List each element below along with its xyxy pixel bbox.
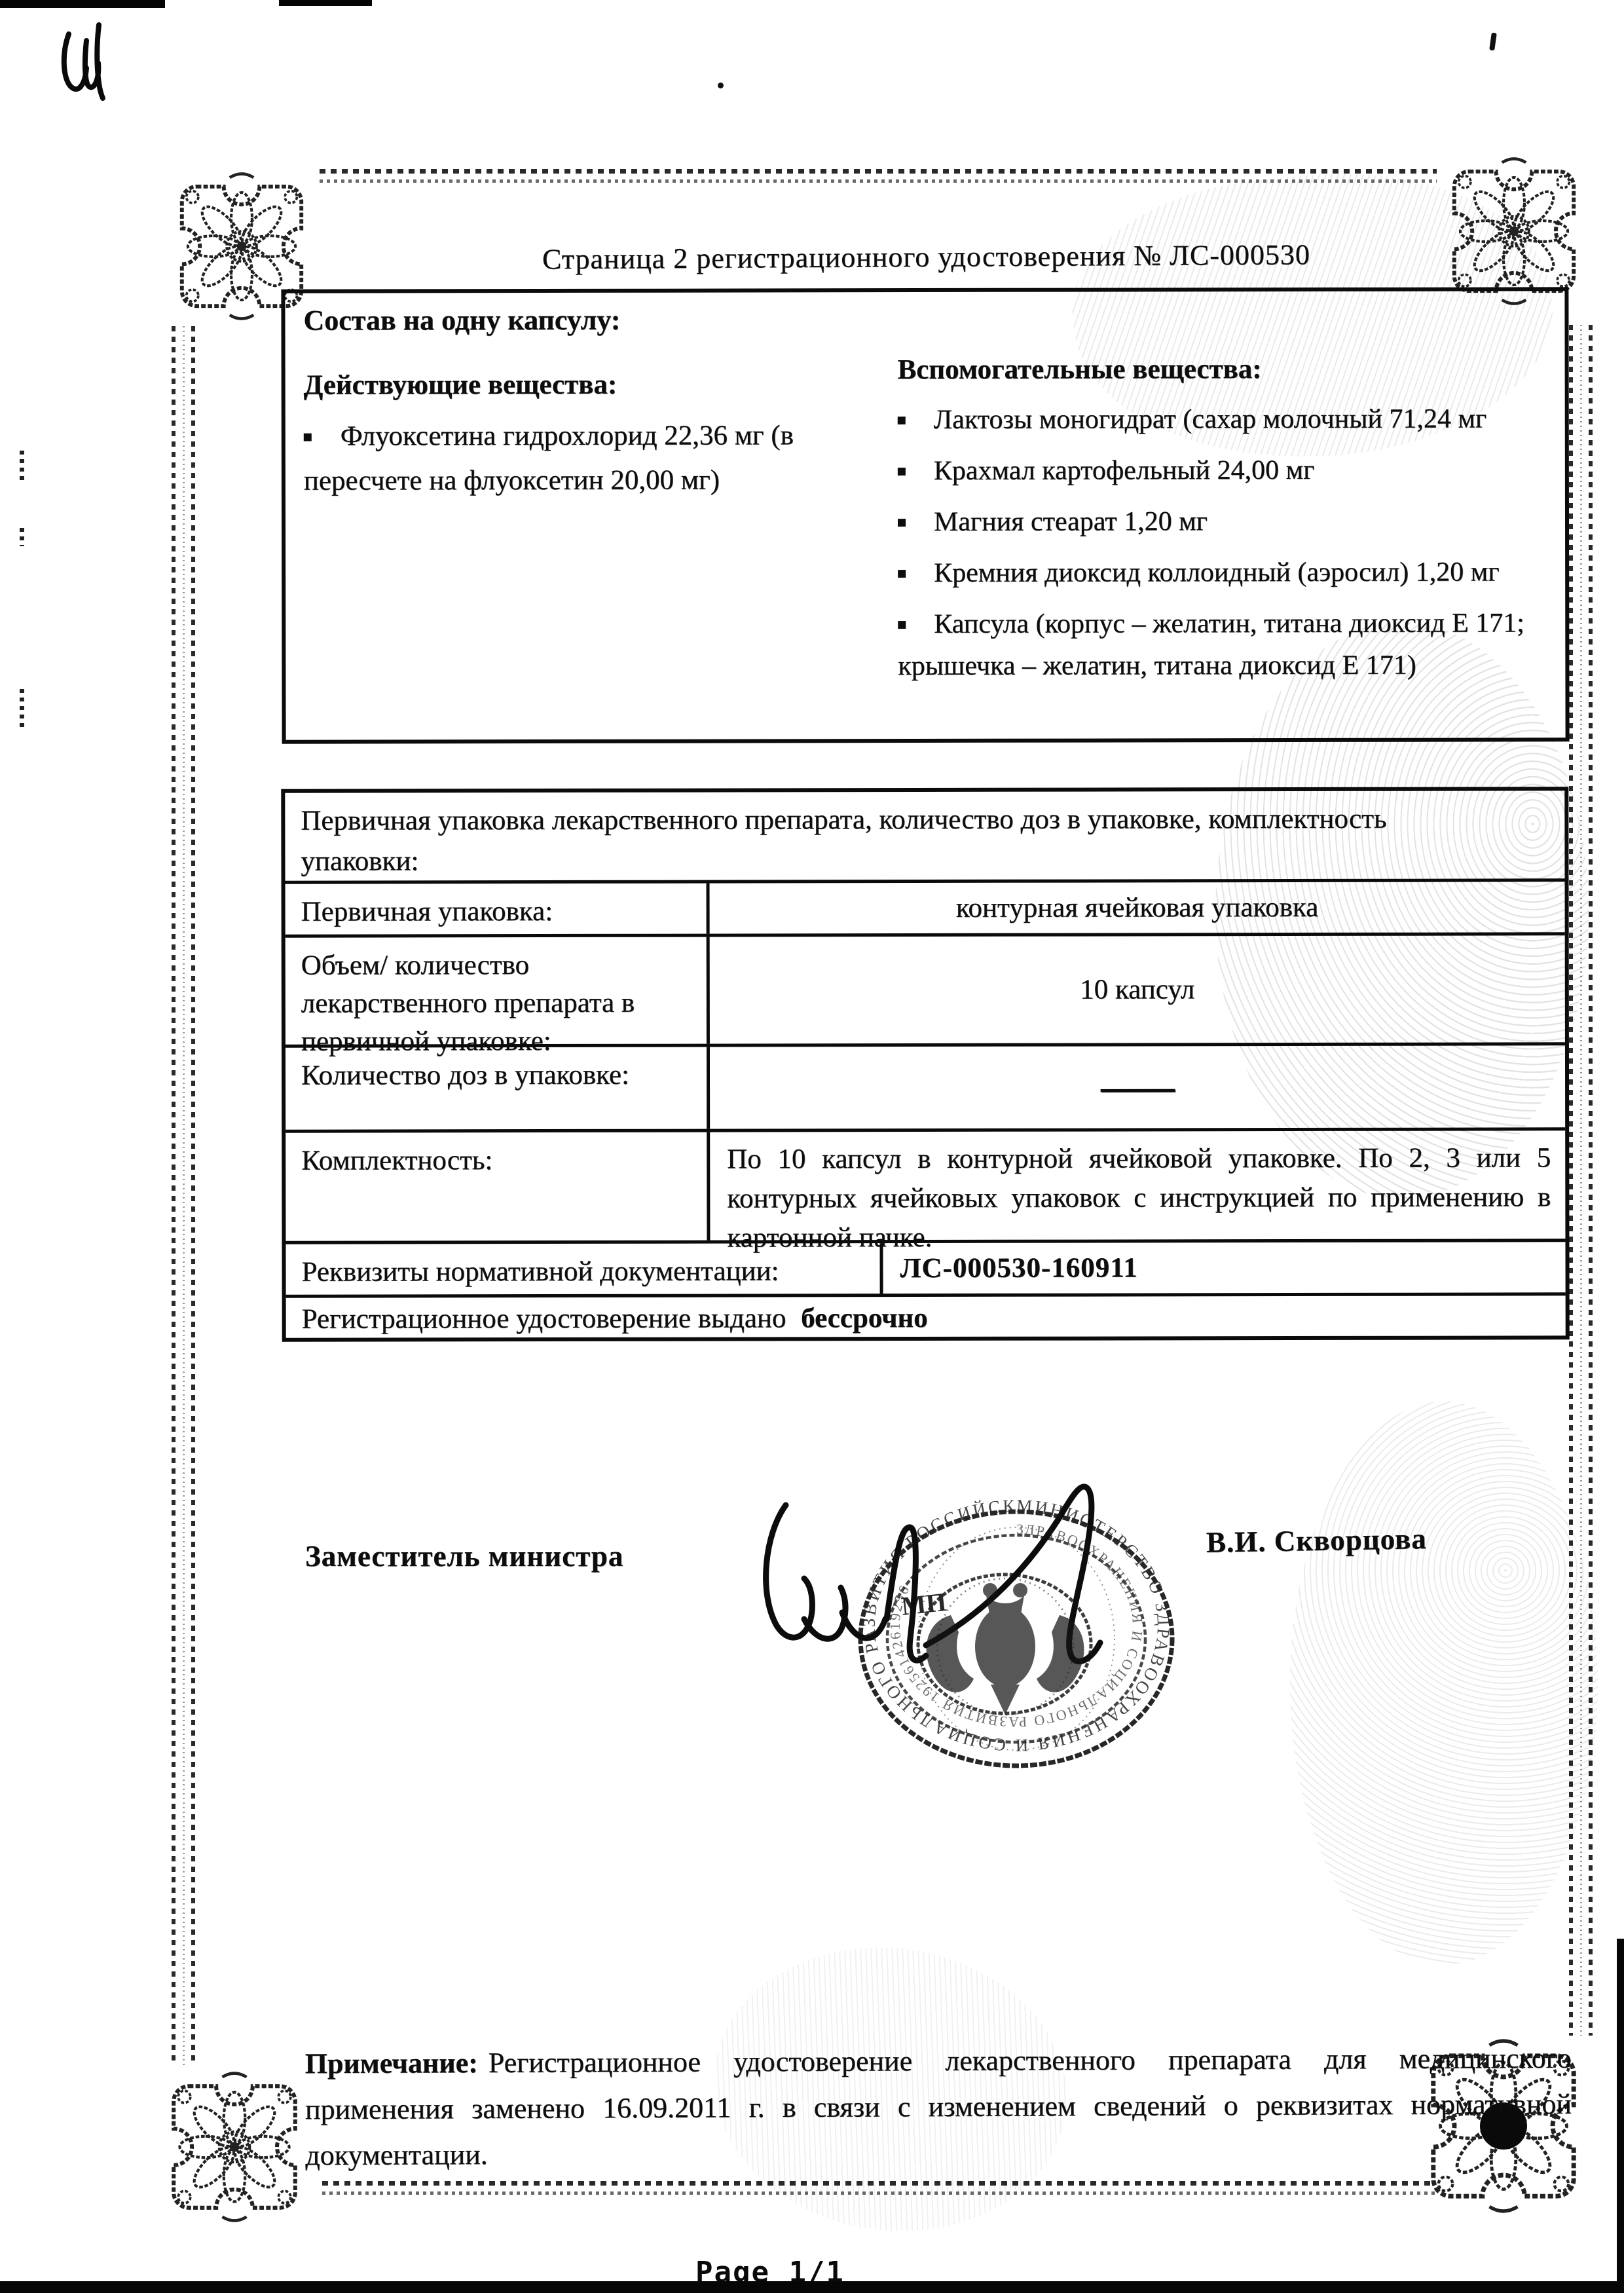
row-label: Реквизиты нормативной документации: [286, 1243, 883, 1295]
table-row-volume: Объем/ количество лекарственного препара… [286, 932, 1565, 1044]
row-label: Первичная упаковка: [286, 884, 710, 935]
handwritten-mark [56, 13, 144, 105]
note-paragraph: Примечание:Регистрационное удостоверение… [305, 2036, 1572, 2178]
composition-table: Состав на одну капсулу: Действующие веще… [281, 287, 1569, 743]
validity-term: бессрочно [801, 1303, 928, 1333]
excipient-item: Капсула (корпус – желатин, титана диокси… [898, 602, 1559, 687]
scan-speckle [20, 528, 24, 546]
row-label: Количество доз в упаковке: [286, 1047, 710, 1130]
scanned-certificate-page: Страница 2 регистрационного удостоверени… [0, 0, 1624, 2293]
dash-value: — [1101, 1063, 1174, 1111]
table-row-doses: Количество доз в упаковке: — [286, 1042, 1565, 1129]
row-label: Комплектность: [286, 1132, 710, 1241]
table-row-completeness: Комплектность: По 10 капсул в контурной … [286, 1127, 1565, 1240]
row-value: 10 капсул [710, 935, 1565, 1043]
validity-statement: Регистрационное удостоверение выдано бес… [286, 1296, 1566, 1337]
note-label: Примечание: [305, 2047, 478, 2079]
excipient-item: Магния стеарат 1,20 мг [898, 500, 1559, 543]
page-title: Страница 2 регистрационного удостоверени… [542, 237, 1479, 276]
official-seal: МИНИСТЕРСТВО ЗДРАВООХРАНЕНИЯ И СОЦИАЛЬНО… [851, 1487, 1185, 1795]
frame-border-left [172, 326, 195, 2066]
row-value: — [710, 1045, 1565, 1128]
frame-border-right [1569, 325, 1593, 2036]
corner-rosette-icon [158, 2064, 310, 2229]
excipients-column: Вспомогательные вещества: Лактозы моноги… [898, 352, 1560, 696]
scan-edge-artifact [279, 0, 372, 6]
note-text: Регистрационное удостоверение лекарствен… [305, 2042, 1572, 2171]
frame-border-top [320, 168, 1437, 187]
frame-border-bottom [322, 2180, 1435, 2195]
table-row-validity: Регистрационное удостоверение выдано бес… [286, 1292, 1566, 1337]
scan-speckle [20, 451, 24, 485]
scan-noise-patch [1290, 1402, 1598, 1965]
requisites-number: ЛС-000530-160911 [883, 1242, 1565, 1294]
scan-edge-artifact [0, 2281, 1624, 2293]
scan-speckle [20, 689, 24, 731]
active-substances-heading: Действующие вещества: [304, 368, 880, 401]
table-row-primary-packaging: Первичная упаковка: контурная ячейковая … [286, 878, 1565, 934]
active-substance-item: Флуоксетина гидрохлорид 22,36 мг (в пере… [304, 413, 880, 504]
row-value: контурная ячейковая упаковка [710, 882, 1565, 933]
excipients-heading: Вспомогательные вещества: [898, 352, 1559, 386]
excipient-item: Кремния диоксид коллоидный (аэросил) 1,2… [898, 551, 1559, 594]
validity-prefix: Регистрационное удостоверение выдано [302, 1303, 786, 1334]
seal-mp-mark: МП [900, 1587, 948, 1621]
packaging-heading: Первичная упаковка лекарственного препар… [285, 791, 1564, 880]
signatory-position: Заместитель министра [305, 1539, 623, 1573]
row-value: По 10 капсул в контурной ячейковой упако… [710, 1130, 1565, 1240]
seal-eagle-icon [927, 1583, 1084, 1715]
scan-edge-artifact [1617, 1939, 1624, 2293]
scan-speckle [718, 83, 724, 88]
row-label: Объем/ количество лекарственного препара… [286, 937, 710, 1045]
excipient-item: Лактозы моногидрат (сахар молочный 71,24… [898, 398, 1559, 441]
excipient-item: Крахмал картофельный 24,00 мг [898, 449, 1559, 492]
composition-title: Состав на одну капсулу: [303, 303, 620, 337]
packaging-table: Первичная упаковка лекарственного препар… [281, 787, 1569, 1341]
signatory-name: В.И. Скворцова [1206, 1521, 1428, 1559]
active-substances-column: Действующие вещества: Флуоксетина гидрох… [304, 368, 880, 513]
scan-speckle [1489, 33, 1497, 51]
table-row-requisites: Реквизиты нормативной документации: ЛС-0… [286, 1239, 1565, 1294]
scan-edge-artifact [0, 0, 165, 8]
